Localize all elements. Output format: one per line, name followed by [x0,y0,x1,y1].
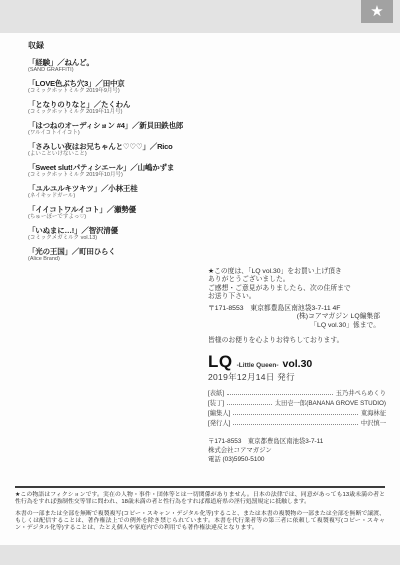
credit-value: 玉乃井ぺらめくり [336,388,386,397]
toc-heading: 収録 [28,40,208,51]
credit-row: [装丁] 太田壱一郎(BANANA GROVE STUDIO) [208,397,386,407]
toc-item: 「いぬまに…!」／智沢清優 (コミックメガミルク vol.13) [28,226,208,242]
publisher-company: 株式会社コアマガジン [208,446,386,455]
credit-label: [編集人] [208,408,230,417]
credit-label: [装丁] [208,398,224,407]
toc-item-source: (コミックメガミルク vol.13) [28,235,208,242]
top-margin-bar [0,0,400,33]
editorial-department: (株)コアマガジン LQ編集部 [208,313,386,321]
toc-item: 「となりのりなと」／たくわん (コミックホットミルク 2019年11月号) [28,100,208,116]
toc-item-title: 「LOVE色ぶち穴3」／田中京 [28,79,208,88]
toc-item: 「はつねのオーディション #4」／新貝田鉄也郎 (ワルイコトイイコト) [28,121,208,137]
star-tab: ★ [361,0,393,23]
dotted-leader [233,424,357,425]
copyright-notice: 本書の一部または全部を無断で複製複写(コピー・スキャン・デジタル化等)すること、… [15,511,385,532]
toc-item-title: 「ユルユルキツキツ」／小林王桂 [28,184,208,193]
credits-list: [表紙] 玉乃井ぺらめくり [装丁] 太田壱一郎(BANANA GROVE ST… [208,387,386,427]
horizontal-rule [15,486,385,488]
credit-label: [表紙] [208,388,224,397]
editorial-attn: 「LQ vol.30」係まで。 [208,322,386,330]
bottom-margin-bar [0,545,400,565]
dotted-leader [227,394,333,395]
letters-address-block: 〒171-8553 東京都豊島区南池袋3-7-11 4F (株)コアマガジン L… [208,305,386,330]
credit-value: 太田壱一郎(BANANA GROVE STUDIO) [275,398,386,407]
toc-item-source: (SAND GRAFFITI) [28,67,208,74]
toc-item-title: 「光の王国」／町田ひらく [28,247,208,256]
dotted-leader [233,414,357,415]
toc-item-source: (ちゅーぼーですよっ♡) [28,214,208,221]
toc-item-source: (Alice Brand) [28,256,208,263]
toc-item-source: (ネイキッドガール) [28,193,208,200]
toc-item-title: 「いぬまに…!」／智沢清優 [28,226,208,235]
toc-item-title: 「経験」／ねんど。 [28,58,208,67]
star-icon: ★ [370,4,383,19]
toc-item: 「経験」／ねんど。 (SAND GRAFFITI) [28,58,208,74]
publication-date: 2019年12月14日 発行 [208,371,386,383]
credit-row: [編集人] 東海林征 [208,407,386,417]
magazine-logo: LQ [208,352,233,372]
credit-row: [発行人] 中沢慎一 [208,417,386,427]
toc-item-title: 「となりのりなと」／たくわん [28,100,208,109]
magazine-volume: vol.30 [283,358,313,370]
letters-line: ありがとうございました。 [208,276,386,284]
toc-item-source: (ワルイコトイイコト) [28,130,208,137]
letters-notice: ★この度は、「LQ vol.30」をお買い上げ頂き ありがとうございました。 ご… [208,268,386,302]
toc-item-source: (コミックホットミルク 2019年11月号) [28,109,208,116]
credit-value: 中沢慎一 [361,418,386,427]
table-of-contents: 収録 「経験」／ねんど。 (SAND GRAFFITI) 「LOVE色ぶち穴3」… [28,40,208,268]
credit-value: 東海林征 [361,408,386,417]
publication-logo-row: LQ -Little Queen- vol.30 [208,352,386,372]
toc-item-source: (コミックホットミルク 2019年10月号) [28,172,208,179]
toc-item: 「ユルユルキツキツ」／小林王桂 (ネイキッドガール) [28,184,208,200]
letters-line: お送り下さい。 [208,293,386,301]
toc-item-title: 「はつねのオーディション #4」／新貝田鉄也郎 [28,121,208,130]
letters-line: ご感想・ご意見がありましたら、次の住所まで [208,285,386,293]
toc-item: 「LOVE色ぶち穴3」／田中京 (コミックホットミルク 2019年9月号) [28,79,208,95]
credit-row: [表紙] 玉乃井ぺらめくり [208,387,386,397]
publisher-block: 〒171-8553 東京都豊島区南池袋3-7-11 株式会社コアマガジン 電話 … [208,437,386,464]
toc-item: 「イイコトワルイコト」／瀬勢優 (ちゅーぼーですよっ♡) [28,205,208,221]
toc-item: 「さみしい夜はお兄ちゃんと♡♡♡」／Rico (よいこといけないこと) [28,142,208,158]
toc-item-source: (よいこといけないこと) [28,151,208,158]
credit-label: [発行人] [208,418,230,427]
toc-item: 「光の王国」／町田ひらく (Alice Brand) [28,247,208,263]
toc-item-title: 「Sweet slut!パティシエール」／山嶋かずま [28,163,208,172]
dotted-leader [227,404,272,405]
fiction-disclaimer: ★この物語はフィクションです。実在の人物・事件・団体等とは一切関係がありません。… [15,492,385,506]
publisher-postal-address: 〒171-8553 東京都豊島区南池袋3-7-11 [208,437,386,446]
toc-item-title: 「さみしい夜はお兄ちゃんと♡♡♡」／Rico [28,142,208,151]
toc-item-source: (コミックホットミルク 2019年9月号) [28,88,208,95]
magazine-subtitle: -Little Queen- [237,362,279,369]
toc-item: 「Sweet slut!パティシエール」／山嶋かずま (コミックホットミルク 2… [28,163,208,179]
letters-closing: 皆様のお便りを心よりお待ちしております。 [208,337,386,345]
publisher-phone: 電話 (03)5950-5100 [208,455,386,464]
toc-item-title: 「イイコトワルイコト」／瀬勢優 [28,205,208,214]
